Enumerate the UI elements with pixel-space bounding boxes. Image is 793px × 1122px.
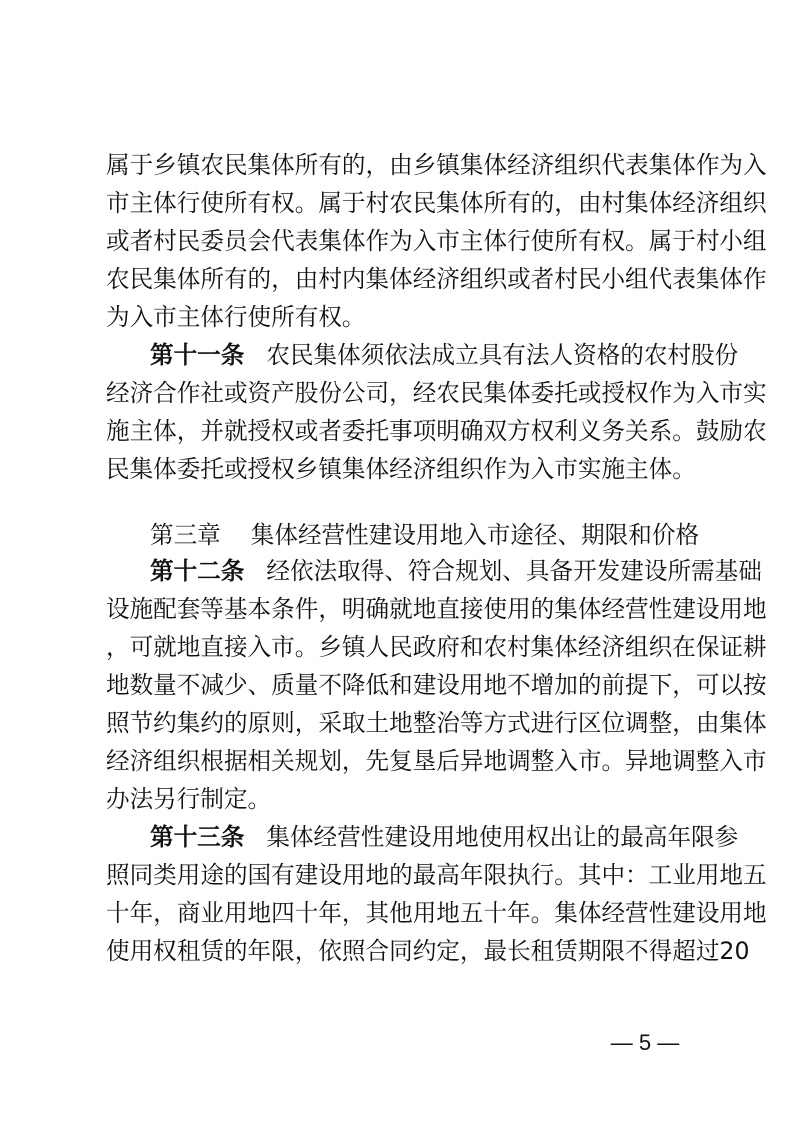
- paragraph-line: 使用权租赁的年限，依照合同约定，最长租赁期限不得超过20: [106, 936, 700, 966]
- paragraph-line: 为入市主体行使所有权。: [106, 302, 700, 332]
- document-page: 属于乡镇农民集体所有的，由乡镇集体经济组织代表集体作为入 市主体行使所有权。属于…: [0, 0, 793, 1122]
- paragraph-line: 市主体行使所有权。属于村农民集体所有的，由村集体经济组织: [106, 188, 700, 218]
- paragraph-text: 经依法取得、符合规划、具备开发建设所需基础: [266, 557, 761, 585]
- paragraph-line: 民集体委托或授权乡镇集体经济组织作为入市实施主体。: [106, 454, 700, 484]
- paragraph-text: 集体经营性建设用地使用权出让的最高年限参: [266, 823, 738, 851]
- paragraph-line: 设施配套等基本条件，明确就地直接使用的集体经营性建设用地: [106, 594, 700, 624]
- chapter-number: 第三章: [150, 521, 221, 549]
- article-13-first-line: 第十三条集体经营性建设用地使用权出让的最高年限参: [150, 822, 700, 852]
- paragraph-line: 农民集体所有的，由村内集体经济组织或者村民小组代表集体作: [106, 264, 700, 294]
- paragraph-line: 或者村民委员会代表集体作为入市主体行使所有权。属于村小组: [106, 226, 700, 256]
- chapter-title: 集体经营性建设用地入市途径、期限和价格: [251, 521, 699, 549]
- paragraph-line: 照节约集约的原则，采取土地整治等方式进行区位调整，由集体: [106, 708, 700, 738]
- paragraph-line: 办法另行制定。: [106, 784, 700, 814]
- paragraph-line: 照同类用途的国有建设用地的最高年限执行。其中：工业用地五: [106, 860, 700, 890]
- paragraph-line: 十年，商业用地四十年，其他用地五十年。集体经营性建设用地: [106, 898, 700, 928]
- chapter-heading: 第三章集体经营性建设用地入市途径、期限和价格: [150, 520, 652, 550]
- paragraph-line: 属于乡镇农民集体所有的，由乡镇集体经济组织代表集体作为入: [106, 150, 700, 180]
- paragraph-line: 地数量不减少、质量不降低和建设用地不增加的前提下，可以按: [106, 670, 700, 700]
- paragraph-line: 经济组织根据相关规划，先复垦后异地调整入市。异地调整入市: [106, 746, 700, 776]
- paragraph-line: 经济合作社或资产股份公司，经农民集体委托或授权作为入市实: [106, 378, 700, 408]
- paragraph-line: 施主体，并就授权或者委托事项明确双方权利义务关系。鼓励农: [106, 416, 700, 446]
- page-number: — 5 —: [600, 1028, 690, 1058]
- article-11-label: 第十一条: [150, 341, 244, 369]
- paragraph-text: 农民集体须依法成立具有法人资格的农村股份: [266, 341, 738, 369]
- article-12-first-line: 第十二条经依法取得、符合规划、具备开发建设所需基础: [150, 556, 700, 586]
- article-13-label: 第十三条: [150, 823, 244, 851]
- article-12-label: 第十二条: [150, 557, 244, 585]
- paragraph-line: ，可就地直接入市。乡镇人民政府和农村集体经济组织在保证耕: [106, 632, 700, 662]
- article-11-first-line: 第十一条农民集体须依法成立具有法人资格的农村股份: [150, 340, 700, 370]
